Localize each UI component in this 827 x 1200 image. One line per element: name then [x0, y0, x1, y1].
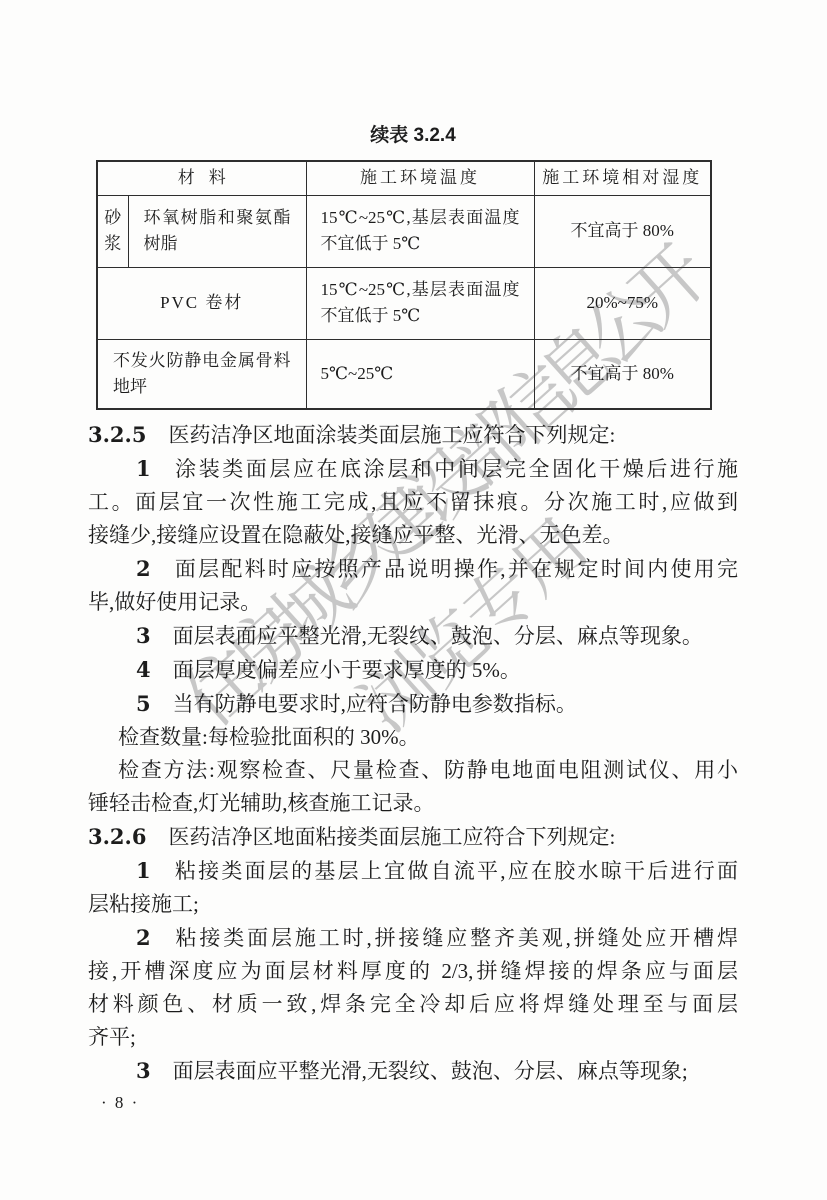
body-line-text: 检查方法:观察检查、尺量检查、防静电地面电阻测试仪、用小	[118, 758, 738, 782]
body-line: 5当有防静电要求时,应符合防静电参数指标。	[88, 687, 738, 721]
clause-number: 5	[136, 691, 151, 716]
body-line-text: 粘接类面层施工时,拼接缝应整齐美观,拼缝处应开槽焊	[173, 926, 738, 950]
body-line-text: 当有防静电要求时,应符合防静电参数指标。	[173, 692, 577, 716]
body-line-text: 检查数量:每检验批面积的 30%。	[118, 725, 420, 749]
body-line: 检查数量:每检验批面积的 30%。	[88, 721, 738, 754]
clause-number: 1	[136, 858, 151, 883]
body-line: 2面层配料时应按照产品说明操作,并在规定时间内使用完	[88, 552, 738, 586]
clause-number: 1	[136, 456, 151, 481]
body-line: 检查方法:观察检查、尺量检查、防静电地面电阻测试仪、用小	[88, 754, 738, 787]
spec-table: 材料 施工环境温度 施工环境相对湿度 砂浆 环氧树脂和聚氨酯树脂 15℃~25℃…	[96, 160, 712, 410]
body-line-text: 锤轻击检查,灯光辅助,核查施工记录。	[88, 791, 435, 815]
header-material: 材料	[97, 161, 306, 195]
body-line: 4面层厚度偏差应小于要求厚度的 5%。	[88, 653, 738, 687]
body-line-text: 医药洁净区地面涂装类面层施工应符合下列规定:	[168, 423, 615, 447]
body-line-text: 工。面层宜一次性施工完成,且应不留抹痕。分次施工时,应做到	[88, 490, 738, 514]
document-page: 住房城乡建设部信息公开 浏览专用 续表 3.2.4 材料 施工环境温度 施工环境…	[0, 0, 827, 1200]
body-line-text: 接缝少,接缝应设置在隐蔽处,接缝应平整、光滑、无色差。	[88, 523, 624, 547]
body-line-text: 涂装类面层应在底涂层和中间层完全固化干燥后进行施	[173, 457, 738, 481]
body-line: 锤轻击检查,灯光辅助,核查施工记录。	[88, 787, 738, 820]
cell-temperature: 5℃~25℃	[306, 339, 534, 409]
cell-group: 砂浆	[97, 195, 128, 267]
table-caption: 续表 3.2.4	[88, 124, 738, 148]
body-line: 3面层表面应平整光滑,无裂纹、鼓泡、分层、麻点等现象。	[88, 619, 738, 653]
body-line: 齐平;	[88, 1021, 738, 1054]
body-line: 1涂装类面层应在底涂层和中间层完全固化干燥后进行施	[88, 452, 738, 486]
body-line: 3.2.5医药洁净区地面涂装类面层施工应符合下列规定:	[88, 418, 738, 452]
body-line-text: 齐平;	[88, 1025, 136, 1049]
clause-number: 2	[136, 556, 151, 581]
body-text: 3.2.5医药洁净区地面涂装类面层施工应符合下列规定:1涂装类面层应在底涂层和中…	[88, 418, 738, 1088]
page-number: · 8 ·	[88, 1091, 738, 1115]
table-row: 不发火防静电金属骨料地坪 5℃~25℃ 不宜高于 80%	[97, 339, 711, 409]
body-line: 工。面层宜一次性施工完成,且应不留抹痕。分次施工时,应做到	[88, 486, 738, 519]
clause-number: 3.2.6	[88, 824, 146, 849]
header-temperature: 施工环境温度	[306, 161, 534, 195]
body-line: 接,开槽深度应为面层材料厚度的 2/3,拼缝焊接的焊条应与面层	[88, 955, 738, 988]
table-row: 砂浆 环氧树脂和聚氨酯树脂 15℃~25℃,基层表面温度不宜低于 5℃ 不宜高于…	[97, 195, 711, 267]
table-header-row: 材料 施工环境温度 施工环境相对湿度	[97, 161, 711, 195]
body-line: 毕,做好使用记录。	[88, 586, 738, 619]
body-line-text: 毕,做好使用记录。	[88, 590, 261, 614]
cell-material: 环氧树脂和聚氨酯树脂	[128, 195, 306, 267]
body-line-text: 粘接类面层的基层上宜做自流平,应在胶水晾干后进行面	[173, 859, 738, 883]
body-line: 2粘接类面层施工时,拼接缝应整齐美观,拼缝处应开槽焊	[88, 921, 738, 955]
body-line-text: 面层配料时应按照产品说明操作,并在规定时间内使用完	[173, 557, 738, 581]
body-line: 层粘接施工;	[88, 888, 738, 921]
clause-number: 3	[136, 623, 151, 648]
body-line-text: 接,开槽深度应为面层材料厚度的 2/3,拼缝焊接的焊条应与面层	[88, 959, 738, 983]
body-line-text: 面层表面应平整光滑,无裂纹、鼓泡、分层、麻点等现象;	[173, 1059, 688, 1083]
clause-number: 3.2.5	[88, 422, 146, 447]
body-line-text: 医药洁净区地面粘接类面层施工应符合下列规定:	[168, 825, 615, 849]
body-line-text: 面层表面应平整光滑,无裂纹、鼓泡、分层、麻点等现象。	[173, 624, 703, 648]
cell-humidity: 20%~75%	[534, 267, 711, 339]
clause-number: 3	[136, 1058, 151, 1083]
cell-humidity: 不宜高于 80%	[534, 339, 711, 409]
body-line: 1粘接类面层的基层上宜做自流平,应在胶水晾干后进行面	[88, 854, 738, 888]
page-content: 续表 3.2.4 材料 施工环境温度 施工环境相对湿度 砂浆 环氧树脂和聚氨酯树…	[0, 0, 827, 1115]
body-line: 3面层表面应平整光滑,无裂纹、鼓泡、分层、麻点等现象;	[88, 1054, 738, 1088]
header-humidity: 施工环境相对湿度	[534, 161, 711, 195]
clause-number: 4	[136, 657, 151, 682]
cell-material: PVC 卷材	[97, 267, 306, 339]
body-line: 接缝少,接缝应设置在隐蔽处,接缝应平整、光滑、无色差。	[88, 519, 738, 552]
table-row: PVC 卷材 15℃~25℃,基层表面温度不宜低于 5℃ 20%~75%	[97, 267, 711, 339]
body-line-text: 面层厚度偏差应小于要求厚度的 5%。	[173, 658, 521, 682]
body-line: 材料颜色、材质一致,焊条完全冷却后应将焊缝处理至与面层	[88, 988, 738, 1021]
body-line-text: 材料颜色、材质一致,焊条完全冷却后应将焊缝处理至与面层	[88, 992, 738, 1016]
cell-humidity: 不宜高于 80%	[534, 195, 711, 267]
cell-material: 不发火防静电金属骨料地坪	[97, 339, 306, 409]
body-line: 3.2.6医药洁净区地面粘接类面层施工应符合下列规定:	[88, 820, 738, 854]
body-line-text: 层粘接施工;	[88, 892, 199, 916]
clause-number: 2	[136, 925, 151, 950]
cell-temperature: 15℃~25℃,基层表面温度不宜低于 5℃	[306, 267, 534, 339]
cell-temperature: 15℃~25℃,基层表面温度不宜低于 5℃	[306, 195, 534, 267]
